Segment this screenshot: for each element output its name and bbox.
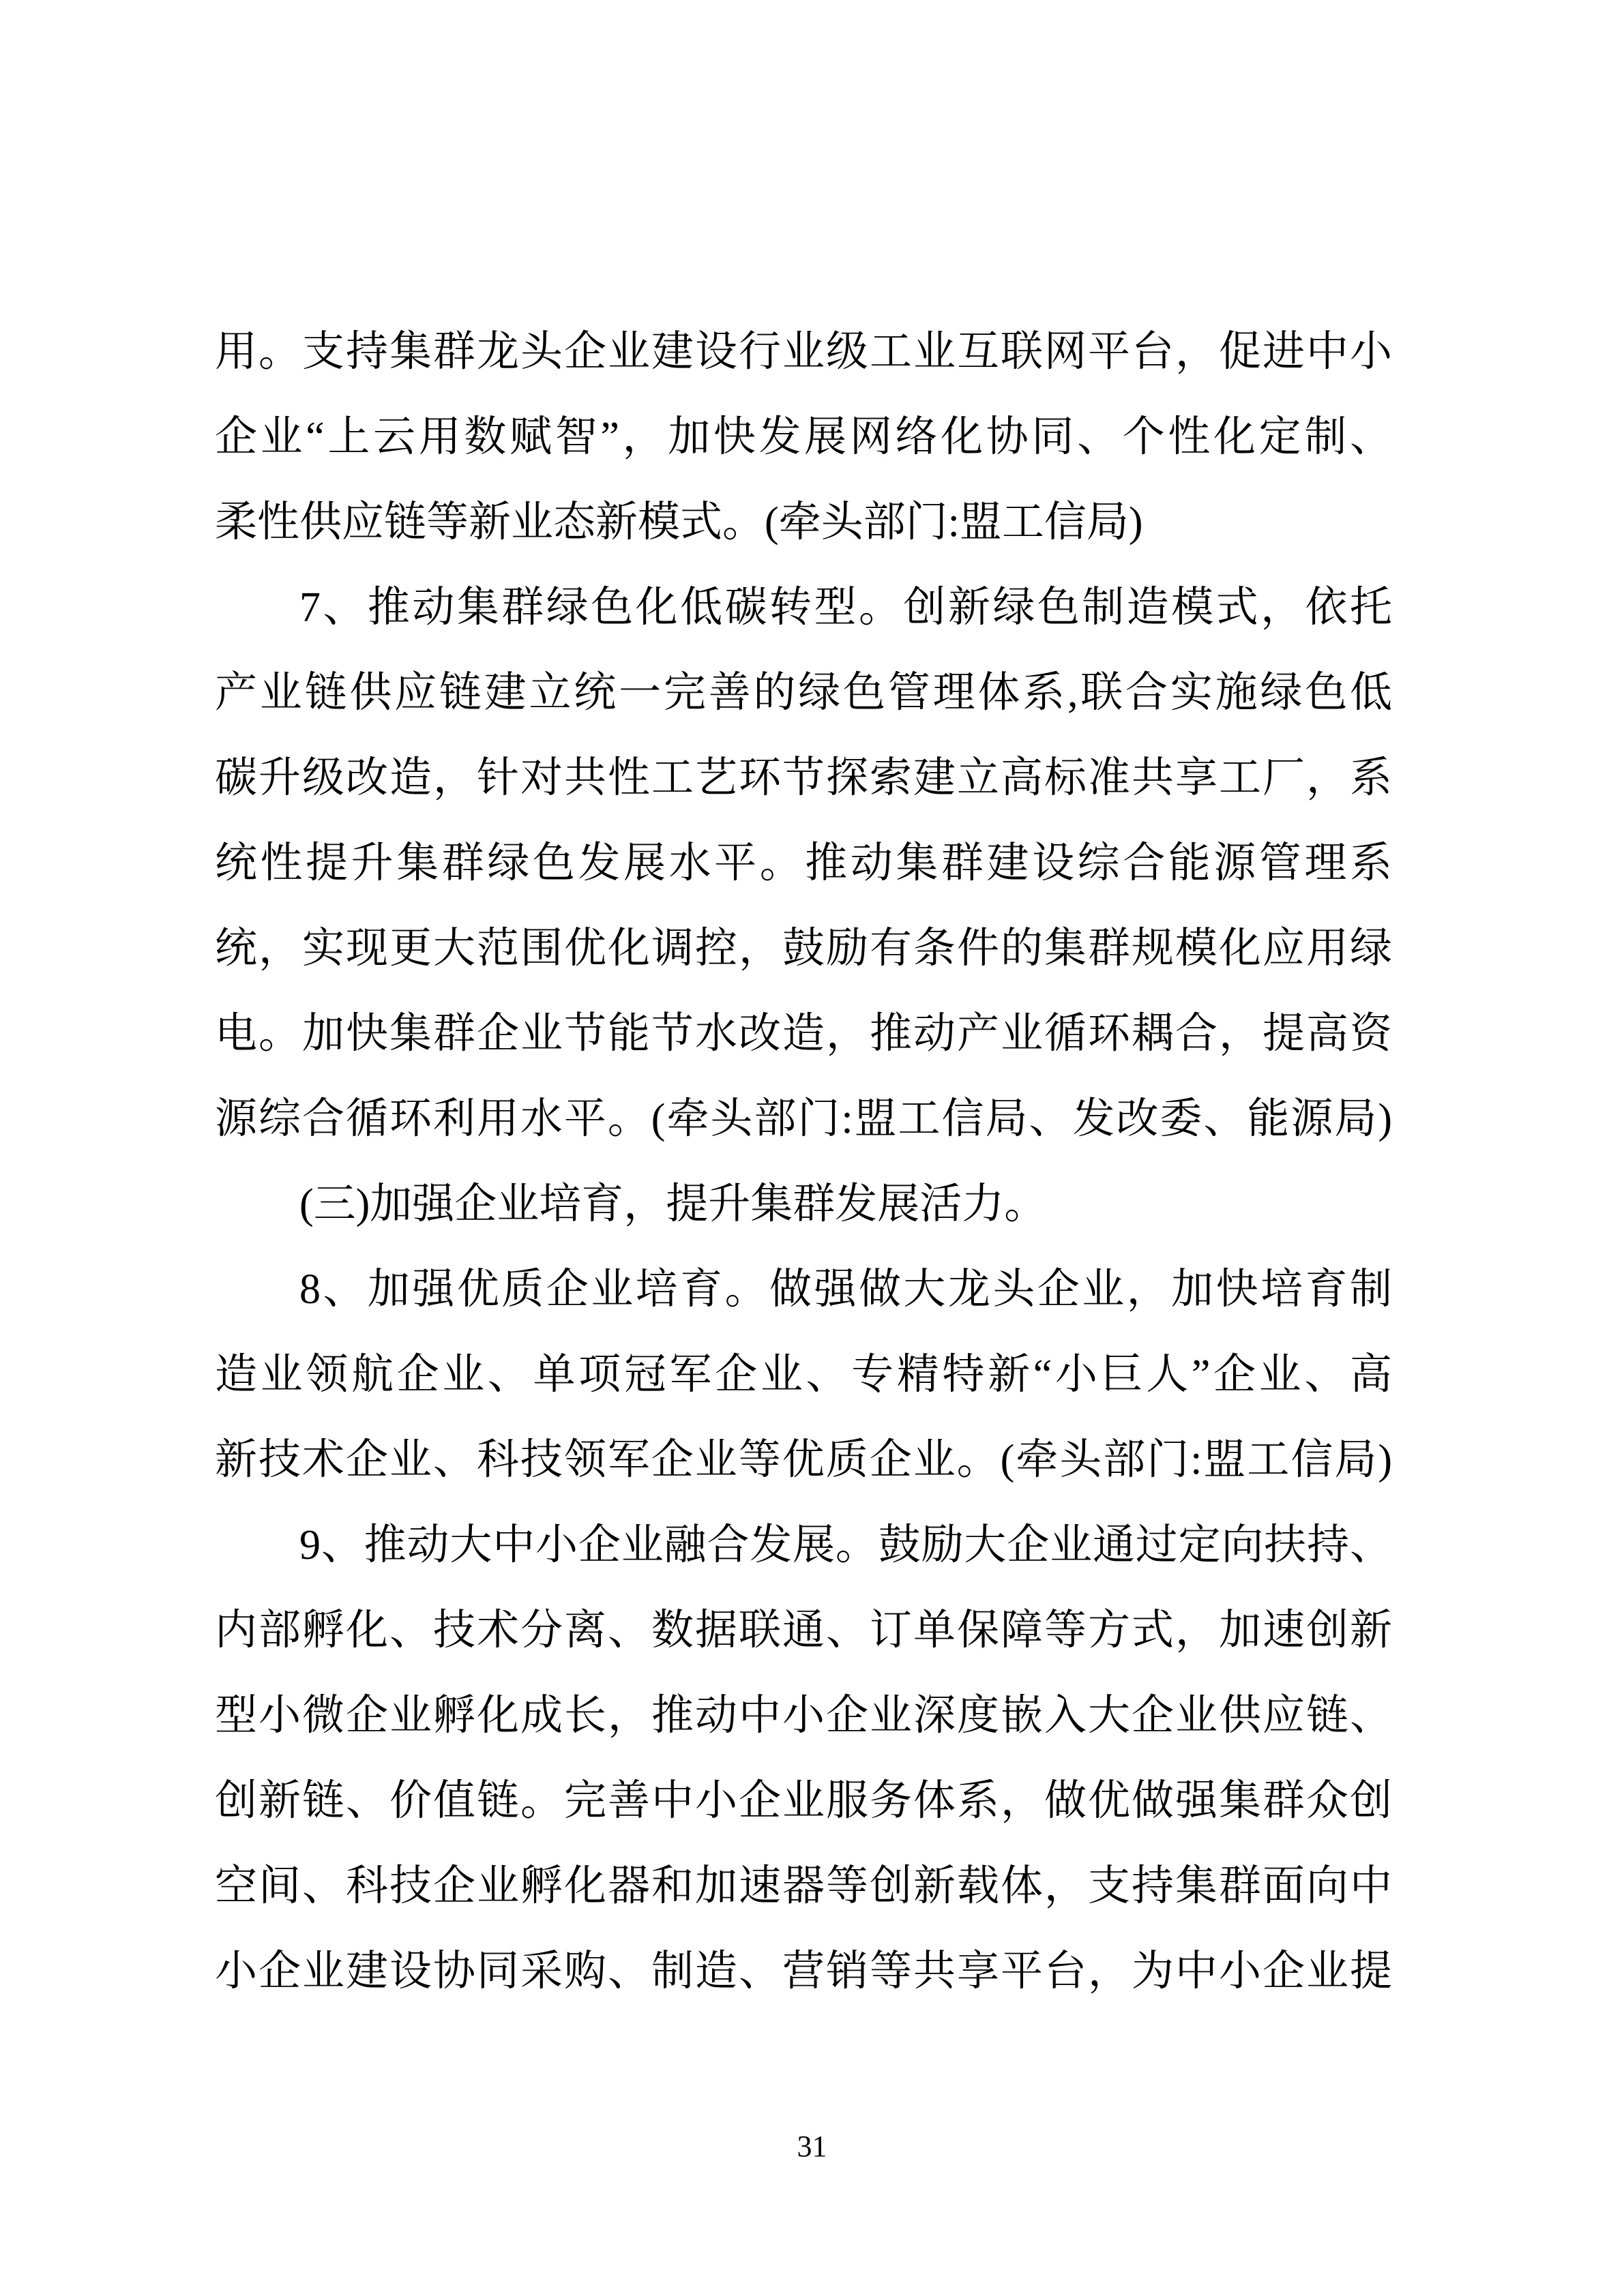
text-line: 创新链、价值链。完善中小企业服务体系，做优做强集群众创 [215,1759,1392,1844]
text-line: 用。支持集群龙头企业建设行业级工业互联网平台，促进中小 [215,310,1392,395]
text-line: 内部孵化、技术分离、数据联通、订单保障等方式，加速创新 [215,1588,1392,1673]
text-line: 7、推动集群绿色化低碳转型。创新绿色制造模式，依托 [215,565,1392,651]
text-line: 9、推动大中小企业融合发展。鼓励大企业通过定向扶持、 [215,1503,1392,1588]
text-line: 统，实现更大范围优化调控，鼓励有条件的集群规模化应用绿 [215,906,1392,992]
text-line: 统性提升集群绿色发展水平。推动集群建设综合能源管理系 [215,821,1392,906]
text-line: 小企业建设协同采购、制造、营销等共享平台，为中小企业提 [215,1929,1392,2014]
text-line: 型小微企业孵化成长，推动中小企业深度嵌入大企业供应链、 [215,1673,1392,1759]
text-line: 新技术企业、科技领军企业等优质企业。(牵头部门:盟工信局) [215,1418,1392,1503]
text-line: 企业“上云用数赋智”，加快发展网络化协同、个性化定制、 [215,395,1392,480]
text-line: 8、加强优质企业培育。做强做大龙头企业，加快培育制 [215,1247,1392,1332]
text-line: (三)加强企业培育，提升集群发展活力。 [215,1162,1392,1247]
text-line: 空间、科技企业孵化器和加速器等创新载体，支持集群面向中 [215,1844,1392,1929]
text-line: 柔性供应链等新业态新模式。(牵头部门:盟工信局) [215,480,1392,565]
text-line: 电。加快集群企业节能节水改造，推动产业循环耦合，提高资 [215,992,1392,1077]
page-number: 31 [0,2128,1624,2166]
text-line: 碳升级改造，针对共性工艺环节探索建立高标准共享工厂，系 [215,736,1392,821]
document-page: 用。支持集群龙头企业建设行业级工业互联网平台，促进中小 企业“上云用数赋智”，加… [0,0,1624,2296]
text-block: 用。支持集群龙头企业建设行业级工业互联网平台，促进中小 企业“上云用数赋智”，加… [215,310,1392,2014]
text-line: 源综合循环利用水平。(牵头部门:盟工信局、发改委、能源局) [215,1077,1392,1162]
text-line: 产业链供应链建立统一完善的绿色管理体系,联合实施绿色低 [215,651,1392,736]
text-line: 造业领航企业、单项冠军企业、专精特新“小巨人”企业、高 [215,1332,1392,1418]
